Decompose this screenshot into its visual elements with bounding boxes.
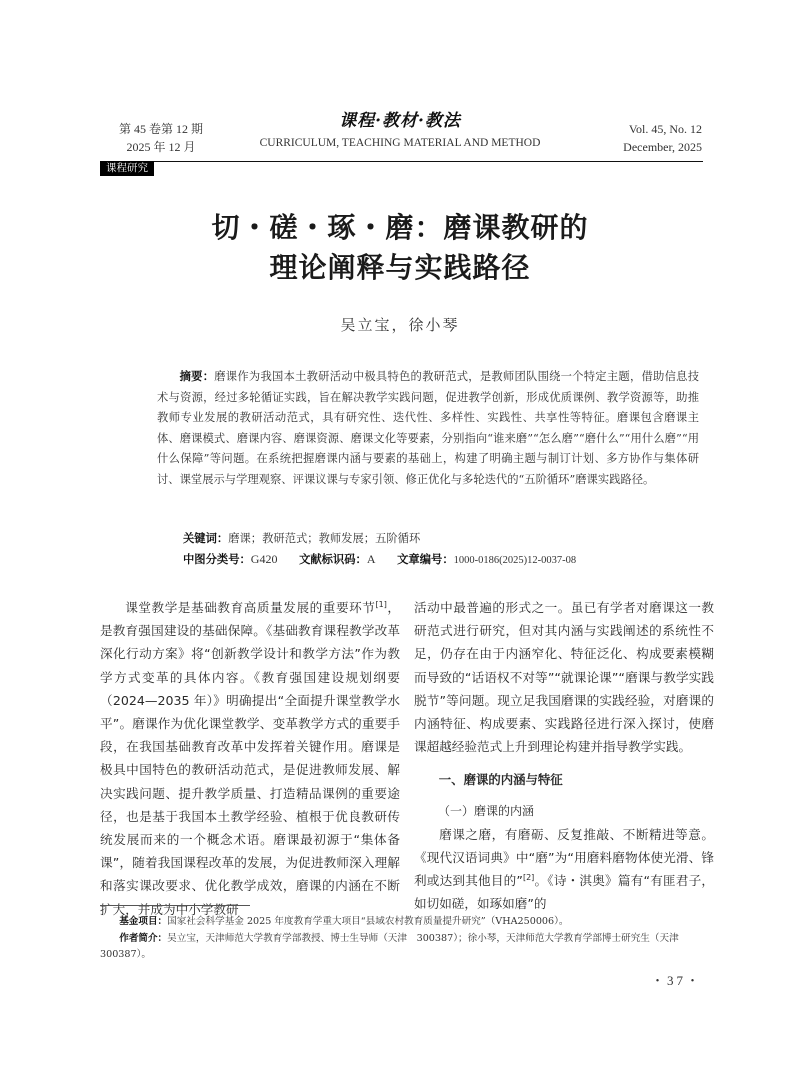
header-issue-cn: 第 45 卷第 12 期 2025 年 12 月	[110, 120, 212, 156]
paragraph-text: 课堂教学是基础教育高质量发展的重要环节	[125, 600, 375, 615]
title-line-1: 切・磋・琢・磨：磨课教研的	[100, 208, 700, 248]
journal-title-en: CURRICULUM, TEACHING MATERIAL AND METHOD	[250, 136, 550, 150]
clc-label: 中图分类号：	[183, 553, 251, 566]
section-label: 课程研究	[100, 161, 154, 176]
abstract-label: 摘要：	[180, 370, 215, 383]
date-en: December, 2025	[600, 138, 702, 156]
author-bio-label: 作者简介：	[119, 933, 167, 944]
article-no-label: 文章编号：	[397, 553, 454, 566]
volume-issue-cn: 第 45 卷第 12 期	[110, 120, 212, 138]
abstract: 摘要：磨课作为我国本土教研活动中极具特色的教研范式，是教师团队围绕一个特定主题，…	[157, 367, 699, 491]
fund-label: 基金项目：	[119, 916, 167, 927]
article-title: 切・磋・琢・磨：磨课教研的 理论阐释与实践路径	[100, 208, 700, 288]
subsection-heading-1-1: （一）磨课的内涵	[414, 800, 714, 823]
paragraph: 磨课之磨，有磨砺、反复推敲、不断精进等意。《现代汉语词典》中“磨”为“用磨料磨物…	[414, 823, 714, 916]
paragraph-text: ，是教育强国建设的基础保障。《基础教育课程教学改革深化行动方案》将“创新教学设计…	[100, 600, 400, 917]
footnotes: 基金项目：国家社会科学基金 2025 年度教育学重大项目“县域农村教育质量提升研…	[100, 914, 704, 964]
clc-value: G420	[251, 552, 278, 566]
author-note: 作者简介：吴立宝，天津师范大学教育学部教授、博士生导师（天津 300387）；徐…	[100, 931, 704, 964]
fund-note: 基金项目：国家社会科学基金 2025 年度教育学重大项目“县域农村教育质量提升研…	[100, 914, 704, 931]
keywords: 关键词：磨课；教研范式；教师发展；五阶循环	[183, 529, 703, 549]
citation-ref-2[interactable]: [2]	[523, 873, 534, 882]
author-bio-text: 吴立宝，天津师范大学教育学部教授、博士生导师（天津 300387）；徐小琴，天津…	[100, 933, 688, 961]
title-line-2: 理论阐释与实践路径	[100, 248, 700, 288]
volume-issue-en: Vol. 45, No. 12	[600, 120, 702, 138]
journal-masthead: 课程·教材·教法 CURRICULUM, TEACHING MATERIAL A…	[250, 110, 550, 150]
keywords-text: 磨课；教研范式；教师发展；五阶循环	[228, 532, 420, 545]
classification-info: 中图分类号：G420 文献标识码：A 文章编号：1000-0186(2025)1…	[183, 549, 703, 571]
page-number: ・37・	[600, 970, 702, 989]
article-no-value: 1000-0186(2025)12-0037-08	[454, 555, 576, 566]
abstract-text: 磨课作为我国本土教研活动中极具特色的教研范式，是教师团队围绕一个特定主题，借助信…	[157, 370, 699, 486]
paragraph: 课堂教学是基础教育高质量发展的重要环节[1]，是教育强国建设的基础保障。《基础教…	[100, 596, 400, 921]
body-column-left: 课堂教学是基础教育高质量发展的重要环节[1]，是教育强国建设的基础保障。《基础教…	[100, 596, 400, 921]
section-heading-1: 一、磨课的内涵与特征	[414, 768, 714, 791]
doc-code-value: A	[367, 552, 376, 566]
fund-text: 国家社会科学基金 2025 年度教育学重大项目“县域农村教育质量提升研究”（VH…	[167, 916, 568, 927]
citation-ref-1[interactable]: [1]	[375, 600, 386, 609]
keywords-label: 关键词：	[183, 532, 228, 545]
date-cn: 2025 年 12 月	[110, 138, 212, 156]
header-issue-en: Vol. 45, No. 12 December, 2025	[600, 120, 702, 156]
journal-title-cn: 课程·教材·教法	[250, 110, 550, 132]
body-column-right: 活动中最普遍的形式之一。虽已有学者对磨课这一教研范式进行研究，但对其内涵与实践阐…	[414, 596, 714, 916]
authors: 吴立宝，徐小琴	[100, 314, 700, 335]
header-divider	[100, 161, 703, 162]
doc-code-label: 文献标识码：	[299, 553, 367, 566]
footnote-divider	[100, 905, 250, 906]
paragraph: 活动中最普遍的形式之一。虽已有学者对磨课这一教研范式进行研究，但对其内涵与实践阐…	[414, 596, 714, 758]
